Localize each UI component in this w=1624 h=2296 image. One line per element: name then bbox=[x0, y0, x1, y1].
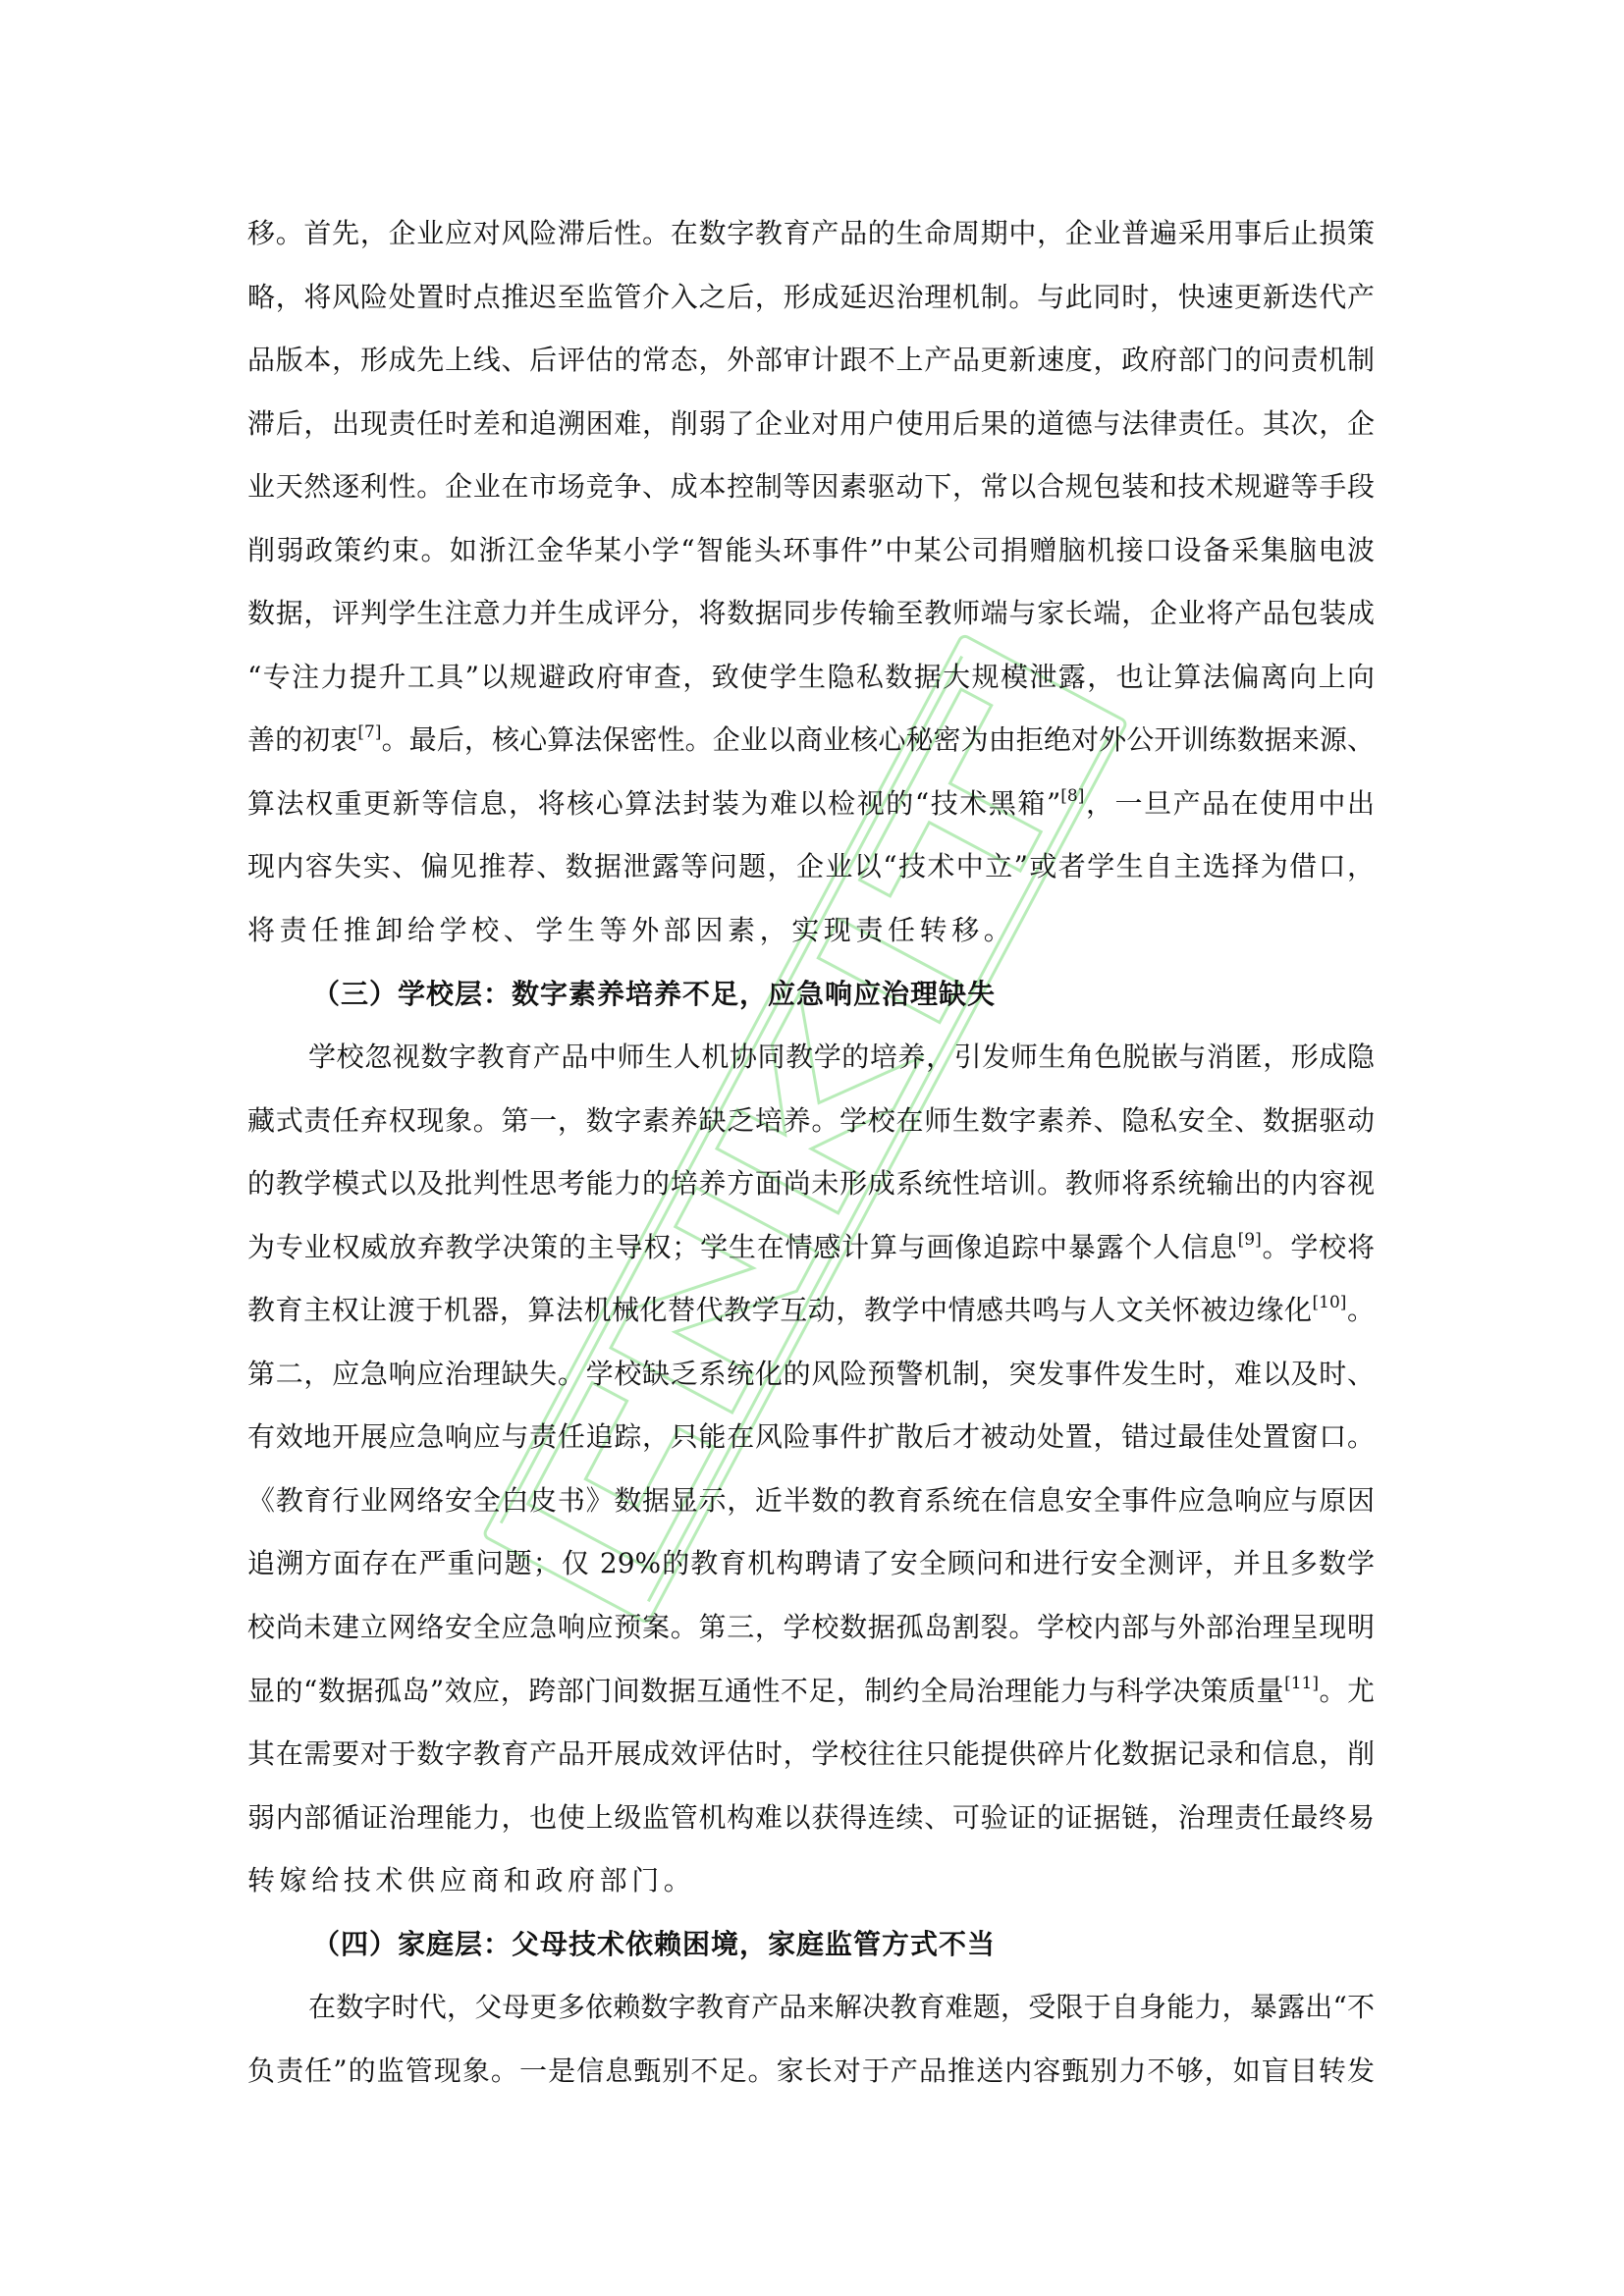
line-text: 负责任”的监管现象。一是信息甄别不足。家长对于产品推送内容甄别力不够，如盲目转发 bbox=[247, 2055, 1375, 2087]
line-text: 校尚未建立网络安全应急响应预案。第三，学校数据孤岛割裂。学校内部与外部治理呈现明 bbox=[247, 1611, 1375, 1643]
citation-ref[interactable]: [11] bbox=[1284, 1674, 1319, 1693]
text-line: 滞后，出现责任时差和追溯困难，削弱了企业对用户使用后果的道德与法律责任。其次，企 bbox=[247, 393, 1375, 456]
line-text: 转嫁给技术供应商和政府部门。 bbox=[247, 1864, 695, 1896]
text-line: 追溯方面存在严重问题；仅 29%的教育机构聘请了安全顾问和进行安全测评，并且多数… bbox=[247, 1532, 1375, 1596]
line-text: 追溯方面存在严重问题；仅 29%的教育机构聘请了安全顾问和进行安全测评，并且多数… bbox=[247, 1547, 1375, 1579]
text-line: 略，将风险处置时点推迟至监管介入之后，形成延迟治理机制。与此同时，快速更新迭代产 bbox=[247, 266, 1375, 330]
text-line: 《教育行业网络安全白皮书》数据显示，近半数的教育系统在信息安全事件应急响应与原因 bbox=[247, 1469, 1375, 1533]
citation-ref[interactable]: [10] bbox=[1313, 1293, 1347, 1312]
line-text: 业天然逐利性。企业在市场竞争、成本控制等因素驱动下，常以合规包装和技术规避等手段 bbox=[247, 470, 1375, 503]
text-line: 弱内部循证治理能力，也使上级监管机构难以获得连续、可验证的证据链，治理责任最终易 bbox=[247, 1787, 1375, 1850]
line-text: 在数字时代，父母更多依赖数字教育产品来解决教育难题，受限于自身能力，暴露出“不 bbox=[308, 1991, 1375, 2023]
line-text: 善的初衷 bbox=[247, 723, 357, 756]
paragraph-first-line: 在数字时代，父母更多依赖数字教育产品来解决教育难题，受限于自身能力，暴露出“不 bbox=[247, 1976, 1375, 2040]
line-text: 品版本，形成先上线、后评估的常态，外部审计跟不上产品更新速度，政府部门的问责机制 bbox=[247, 344, 1375, 376]
line-text: 有效地开展应急响应与责任追踪，只能在风险事件扩散后才被动处置，错过最佳处置窗口。 bbox=[247, 1420, 1375, 1453]
line-text: 教育主权让渡于机器，算法机械化替代教学互动，教学中情感共鸣与人文关怀被边缘化 bbox=[247, 1294, 1313, 1326]
line-text: 算法权重更新等信息，将核心算法封装为难以检视的“技术黑箱” bbox=[247, 787, 1060, 820]
text-line: 现内容失实、偏见推荐、数据泄露等问题，企业以“技术中立”或者学生自主选择为借口， bbox=[247, 835, 1375, 899]
text-line: 显的“数据孤岛”效应，跨部门间数据互通性不足，制约全局治理能力与科学决策质量[1… bbox=[247, 1660, 1375, 1724]
text-line: 的教学模式以及批判性思考能力的培养方面尚未形成系统性培训。教师将系统输出的内容视 bbox=[247, 1152, 1375, 1216]
paragraph-first-line: 学校忽视数字教育产品中师生人机协同教学的培养，引发师生角色脱嵌与消匿，形成隐 bbox=[247, 1026, 1375, 1090]
line-text-continued: 。学校将 bbox=[1262, 1231, 1375, 1263]
section-heading: （四）家庭层：父母技术依赖困境，家庭监管方式不当 bbox=[247, 1913, 1375, 1977]
line-text: 略，将风险处置时点推迟至监管介入之后，形成延迟治理机制。与此同时，快速更新迭代产 bbox=[247, 281, 1375, 313]
line-text: 滞后，出现责任时差和追溯困难，削弱了企业对用户使用后果的道德与法律责任。其次，企 bbox=[247, 407, 1375, 440]
line-text: “专注力提升工具”以规避政府审查，致使学生隐私数据大规模泄露，也让算法偏离向上向 bbox=[247, 661, 1375, 693]
text-line: 算法权重更新等信息，将核心算法封装为难以检视的“技术黑箱”[8]，一旦产品在使用… bbox=[247, 773, 1375, 836]
line-text-continued: 。尤 bbox=[1319, 1675, 1375, 1707]
citation-ref[interactable]: [7] bbox=[357, 722, 381, 742]
text-line: 教育主权让渡于机器，算法机械化替代教学互动，教学中情感共鸣与人文关怀被边缘化[1… bbox=[247, 1279, 1375, 1343]
line-text: 显的“数据孤岛”效应，跨部门间数据互通性不足，制约全局治理能力与科学决策质量 bbox=[247, 1675, 1284, 1707]
line-text: 削弱政策约束。如浙江金华某小学“智能头环事件”中某公司捐赠脑机接口设备采集脑电波 bbox=[247, 534, 1375, 566]
line-text: 第二，应急响应治理缺失。学校缺乏系统化的风险预警机制，突发事件发生时，难以及时、 bbox=[247, 1358, 1375, 1390]
citation-ref[interactable]: [9] bbox=[1238, 1230, 1262, 1250]
text-line: 其在需要对于数字教育产品开展成效评估时，学校往往只能提供碎片化数据记录和信息，削 bbox=[247, 1723, 1375, 1787]
line-text: 为专业权威放弃教学决策的主导权；学生在情感计算与画像追踪中暴露个人信息 bbox=[247, 1231, 1238, 1263]
text-line: 校尚未建立网络安全应急响应预案。第三，学校数据孤岛割裂。学校内部与外部治理呈现明 bbox=[247, 1596, 1375, 1660]
line-text: 现内容失实、偏见推荐、数据泄露等问题，企业以“技术中立”或者学生自主选择为借口， bbox=[247, 850, 1375, 882]
text-line: 负责任”的监管现象。一是信息甄别不足。家长对于产品推送内容甄别力不够，如盲目转发 bbox=[247, 2040, 1375, 2104]
text-line: 第二，应急响应治理缺失。学校缺乏系统化的风险预警机制，突发事件发生时，难以及时、 bbox=[247, 1343, 1375, 1407]
line-text: 的教学模式以及批判性思考能力的培养方面尚未形成系统性培训。教师将系统输出的内容视 bbox=[247, 1167, 1375, 1200]
line-text: 弱内部循证治理能力，也使上级监管机构难以获得连续、可验证的证据链，治理责任最终易 bbox=[247, 1801, 1375, 1834]
text-line: 移。首先，企业应对风险滞后性。在数字教育产品的生命周期中，企业普遍采用事后止损策 bbox=[247, 202, 1375, 266]
body-text: 移。首先，企业应对风险滞后性。在数字教育产品的生命周期中，企业普遍采用事后止损策… bbox=[247, 202, 1375, 2103]
text-line: 品版本，形成先上线、后评估的常态，外部审计跟不上产品更新速度，政府部门的问责机制 bbox=[247, 329, 1375, 393]
text-line: 藏式责任弃权现象。第一，数字素养缺乏培养。学校在师生数字素养、隐私安全、数据驱动 bbox=[247, 1090, 1375, 1153]
text-line: 为专业权威放弃教学决策的主导权；学生在情感计算与画像追踪中暴露个人信息[9]。学… bbox=[247, 1216, 1375, 1280]
section-heading: （三）学校层：数字素养培养不足，应急响应治理缺失 bbox=[247, 963, 1375, 1027]
text-line: 业天然逐利性。企业在市场竞争、成本控制等因素驱动下，常以合规包装和技术规避等手段 bbox=[247, 455, 1375, 519]
text-line: 削弱政策约束。如浙江金华某小学“智能头环事件”中某公司捐赠脑机接口设备采集脑电波 bbox=[247, 519, 1375, 583]
text-line: 善的初衷[7]。最后，核心算法保密性。企业以商业核心秘密为由拒绝对外公开训练数据… bbox=[247, 709, 1375, 773]
citation-ref[interactable]: [8] bbox=[1060, 786, 1084, 806]
line-text: 数据，评判学生注意力并生成评分，将数据同步传输至教师端与家长端，企业将产品包装成 bbox=[247, 597, 1375, 629]
paragraph-last-line: 转嫁给技术供应商和政府部门。 bbox=[247, 1849, 1375, 1913]
paragraph-last-line: 将责任推卸给学校、学生等外部因素，实现责任转移。 bbox=[247, 899, 1375, 963]
line-text-continued: ，一旦产品在使用中出 bbox=[1084, 787, 1375, 820]
text-line: “专注力提升工具”以规避政府审查，致使学生隐私数据大规模泄露，也让算法偏离向上向 bbox=[247, 646, 1375, 710]
line-text: （三）学校层：数字素养培养不足，应急响应治理缺失 bbox=[312, 978, 996, 1010]
line-text: 其在需要对于数字教育产品开展成效评估时，学校往往只能提供碎片化数据记录和信息，削 bbox=[247, 1737, 1375, 1770]
line-text: 藏式责任弃权现象。第一，数字素养缺乏培养。学校在师生数字素养、隐私安全、数据驱动 bbox=[247, 1104, 1375, 1137]
line-text-continued: 。最后，核心算法保密性。企业以商业核心秘密为由拒绝对外公开训练数据来源、 bbox=[381, 723, 1375, 756]
text-line: 有效地开展应急响应与责任追踪，只能在风险事件扩散后才被动处置，错过最佳处置窗口。 bbox=[247, 1406, 1375, 1469]
line-text: 《教育行业网络安全白皮书》数据显示，近半数的教育系统在信息安全事件应急响应与原因 bbox=[247, 1484, 1375, 1517]
text-line: 数据，评判学生注意力并生成评分，将数据同步传输至教师端与家长端，企业将产品包装成 bbox=[247, 582, 1375, 646]
line-text: （四）家庭层：父母技术依赖困境，家庭监管方式不当 bbox=[312, 1928, 996, 1960]
line-text: 将责任推卸给学校、学生等外部因素，实现责任转移。 bbox=[247, 914, 1015, 946]
line-text: 移。首先，企业应对风险滞后性。在数字教育产品的生命周期中，企业普遍采用事后止损策 bbox=[247, 217, 1375, 249]
line-text-continued: 。 bbox=[1346, 1294, 1375, 1326]
document-page: 移。首先，企业应对风险滞后性。在数字教育产品的生命周期中，企业普遍采用事后止损策… bbox=[0, 0, 1624, 2296]
line-text: 学校忽视数字教育产品中师生人机协同教学的培养，引发师生角色脱嵌与消匿，形成隐 bbox=[308, 1041, 1375, 1073]
